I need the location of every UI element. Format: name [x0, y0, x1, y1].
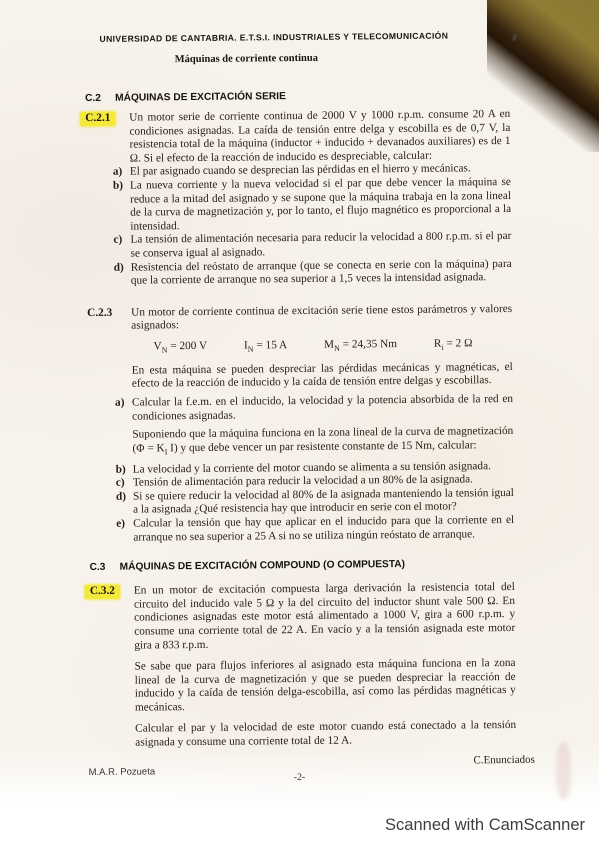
section-title: MÁQUINAS DE EXCITACIÓN SERIE — [115, 91, 286, 104]
rated-value-mn: MN = 24,35 Nm — [324, 338, 397, 356]
item-letter: a) — [113, 166, 130, 180]
list-item: d) Resistencia del reóstato de arranque … — [131, 257, 512, 288]
item-letter: b) — [113, 180, 131, 235]
item-text: Calcular la tensión que hay que aplicar … — [133, 514, 514, 545]
problem-paragraph: En un motor de excitación compuesta larg… — [134, 581, 516, 653]
highlight-mark: C.2.1 — [80, 112, 115, 126]
highlight-mark: C.3.2 — [85, 585, 120, 599]
list-item: c) La tensión de alimentación necesaria … — [130, 230, 511, 261]
camscanner-band: Scanned with CamScanner — [0, 804, 599, 848]
problem-body: Un motor serie de corriente continua de … — [129, 108, 512, 288]
list-item: d) Si se quiere reducir la velocidad al … — [133, 487, 514, 518]
problem-c21: C.2.1 Un motor serie de corriente contin… — [75, 108, 512, 289]
item-letter: e) — [116, 518, 133, 545]
document-title: Máquinas de corriente continua — [175, 50, 596, 65]
list-item: a) Calcular la f.e.m. en el inducido, la… — [132, 393, 513, 424]
footer-author: M.A.R. Pozueta — [89, 766, 156, 778]
item-letter: a) — [115, 397, 132, 424]
item-letter: b) — [116, 463, 133, 477]
item-text: Si se quiere reducir la velocidad al 80%… — [133, 487, 514, 518]
item-letter: d) — [116, 490, 133, 517]
list-item: b) La nueva corriente y la nueva velocid… — [130, 176, 512, 234]
document-content: UNIVERSIDAD DE CANTABRIA. E.T.S.I. INDUS… — [0, 0, 599, 813]
list-item: e) Calcular la tensión que hay que aplic… — [133, 514, 514, 545]
problem-note: En esta máquina se pueden despreciar las… — [132, 361, 513, 392]
rated-value-in: IN = 15 A — [244, 339, 287, 356]
problem-paragraph: Se sabe que para flujos inferiores al as… — [134, 657, 516, 715]
section-number: C.2 — [85, 93, 115, 104]
item-text: Calcular la f.e.m. en el inducido, la ve… — [132, 393, 513, 424]
section-heading-c3: C.3 MÁQUINAS DE EXCITACIÓN COMPOUND (O C… — [90, 558, 541, 573]
problem-c32: C.3.2 En un motor de excitación compuest… — [80, 581, 517, 751]
scanned-document-page: UNIVERSIDAD DE CANTABRIA. E.T.S.I. INDUS… — [0, 0, 599, 848]
section-heading-c2: C.2 MÁQUINAS DE EXCITACIÓN SERIE — [85, 89, 536, 104]
item-letter: c) — [116, 477, 133, 491]
problem-paragraph: Calcular el par y la velocidad de este m… — [135, 719, 516, 750]
section-title: MÁQUINAS DE EXCITACIÓN COMPOUND (O COMPU… — [120, 559, 406, 573]
camscanner-label: Scanned with CamScanner — [385, 816, 585, 835]
problem-intro: Un motor serie de corriente continua de … — [129, 108, 511, 166]
page-number: -2- — [294, 772, 306, 783]
university-header: UNIVERSIDAD DE CANTABRIA. E.T.S.I. INDUS… — [99, 29, 595, 44]
item-text: Resistencia del reóstato de arranque (qu… — [131, 257, 512, 288]
footer-document-name: C.Enunciados — [473, 754, 535, 767]
rated-value-ri: Ri = 2 Ω — [434, 337, 473, 354]
problem-intro: Un motor de corriente continua de excita… — [131, 303, 512, 334]
item-text: La nueva corriente y la nueva velocidad … — [130, 176, 512, 234]
item-letter: c) — [113, 234, 130, 261]
problem-c23: C.2.3 Un motor de corriente continua de … — [77, 303, 514, 546]
rated-value-vn: VN = 200 V — [153, 340, 207, 357]
problem-assumption: Suponiendo que la máquina funciona en la… — [132, 425, 513, 459]
item-letter: d) — [114, 261, 131, 288]
item-text: La tensión de alimentación necesaria par… — [130, 230, 511, 261]
problem-body: Un motor de corriente continua de excita… — [131, 303, 514, 545]
problem-body: En un motor de excitación compuesta larg… — [134, 581, 517, 750]
problem-label: C.3.2 — [80, 585, 136, 751]
rated-values-row: VN = 200 V IN = 15 A MN = 24,35 Nm Ri = … — [153, 337, 472, 357]
section-number: C.3 — [90, 562, 120, 573]
